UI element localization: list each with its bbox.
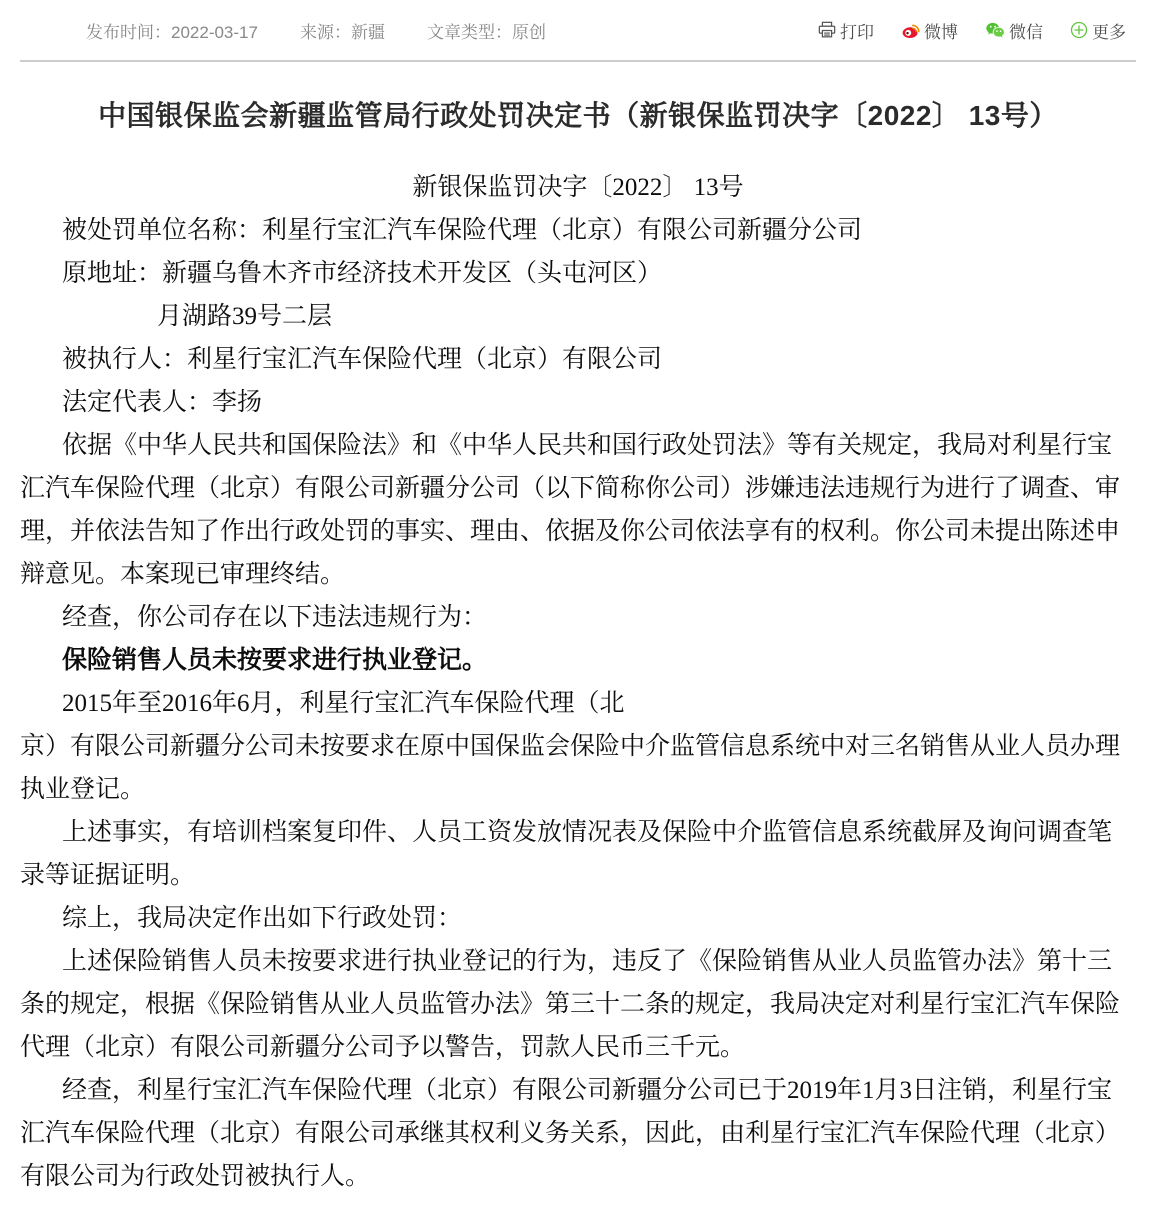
field-original-address-line2: 月湖路39号二层 xyxy=(20,295,1136,338)
page-title: 中国银保监会新疆监管局行政处罚决定书（新银保监罚决字〔2022〕 13号） xyxy=(20,96,1136,136)
publish-date-label: 发布时间： xyxy=(86,23,171,42)
header-divider xyxy=(20,60,1136,62)
paragraph-decision-intro: 综上，我局决定作出如下行政处罚： xyxy=(20,897,1136,940)
weibo-icon xyxy=(900,20,921,41)
source-label: 来源： xyxy=(300,23,351,42)
source: 来源：新疆 xyxy=(300,18,385,43)
weibo-share-button[interactable]: 微博 xyxy=(900,18,958,43)
more-share-button[interactable]: 更多 xyxy=(1069,18,1126,43)
publish-date: 发布时间：2022-03-17 xyxy=(86,18,258,43)
paragraph-penalty: 上述保险销售人员未按要求进行执业登记的行为，违反了《保险销售从业人员监管办法》第… xyxy=(20,940,1136,1069)
wechat-share-label: 微信 xyxy=(1009,18,1043,43)
article-type-label: 文章类型： xyxy=(427,23,512,42)
field-punished-entity-label: 被处罚单位名称： xyxy=(62,217,262,244)
wechat-share-button[interactable]: 微信 xyxy=(984,18,1043,43)
share-toolbar: 打印 微博 xyxy=(817,18,1126,43)
field-original-address-label: 原地址： xyxy=(62,260,162,287)
paragraph-basis: 依据《中华人民共和国保险法》和《中华人民共和国行政处罚法》等有关规定，我局对利星… xyxy=(20,424,1136,596)
article-type: 文章类型：原创 xyxy=(427,18,546,43)
source-value: 新疆 xyxy=(351,23,385,42)
field-legal-representative-label: 法定代表人： xyxy=(62,389,212,416)
paragraph-violation-heading: 保险销售人员未按要求进行执业登记。 xyxy=(20,639,1136,682)
print-button[interactable]: 打印 xyxy=(817,18,874,43)
paragraph-evidence: 上述事实，有培训档案复印件、人员工资发放情况表及保险中介监管信息系统截屏及询问调… xyxy=(20,811,1136,897)
field-punished-entity-value: 利星行宝汇汽车保险代理（北京）有限公司新疆分公司 xyxy=(262,217,862,244)
document-number: 新银保监罚决字〔2022〕 13号 xyxy=(20,166,1136,209)
more-share-label: 更多 xyxy=(1092,18,1126,43)
field-original-address: 原地址：新疆乌鲁木齐市经济技术开发区（头屯河区） xyxy=(20,252,1136,295)
article-type-value: 原创 xyxy=(512,23,546,42)
field-legal-representative-value: 李扬 xyxy=(212,389,262,416)
field-punished-entity: 被处罚单位名称：利星行宝汇汽车保险代理（北京）有限公司新疆分公司 xyxy=(20,209,1136,252)
plus-circle-icon xyxy=(1069,20,1089,40)
article-content: 中国银保监会新疆监管局行政处罚决定书（新银保监罚决字〔2022〕 13号） 新银… xyxy=(0,96,1156,1208)
field-executed-party-label: 被执行人： xyxy=(62,346,187,373)
document-body: 新银保监罚决字〔2022〕 13号 被处罚单位名称：利星行宝汇汽车保险代理（北京… xyxy=(20,166,1136,1198)
field-executed-party: 被执行人：利星行宝汇汽车保险代理（北京）有限公司 xyxy=(20,338,1136,381)
field-original-address-value: 新疆乌鲁木齐市经济技术开发区（头屯河区） xyxy=(162,260,662,287)
article-meta-bar: 发布时间：2022-03-17 来源：新疆 文章类型：原创 打印 xyxy=(0,0,1156,60)
paragraph-findings-intro: 经查，你公司存在以下违法违规行为： xyxy=(20,596,1136,639)
printer-icon xyxy=(817,20,837,40)
paragraph-successor: 经查，利星行宝汇汽车保险代理（北京）有限公司新疆分公司已于2019年1月3日注销… xyxy=(20,1069,1136,1198)
field-executed-party-value: 利星行宝汇汽车保险代理（北京）有限公司 xyxy=(187,346,662,373)
wechat-icon xyxy=(984,19,1006,41)
meta-info: 发布时间：2022-03-17 来源：新疆 文章类型：原创 xyxy=(86,18,546,43)
weibo-share-label: 微博 xyxy=(924,18,958,43)
field-legal-representative: 法定代表人：李扬 xyxy=(20,381,1136,424)
print-button-label: 打印 xyxy=(840,18,874,43)
publish-date-value: 2022-03-17 xyxy=(171,23,258,42)
paragraph-violation-detail: 2015年至2016年6月，利星行宝汇汽车保险代理（北 京）有限公司新疆分公司未… xyxy=(20,682,1136,811)
